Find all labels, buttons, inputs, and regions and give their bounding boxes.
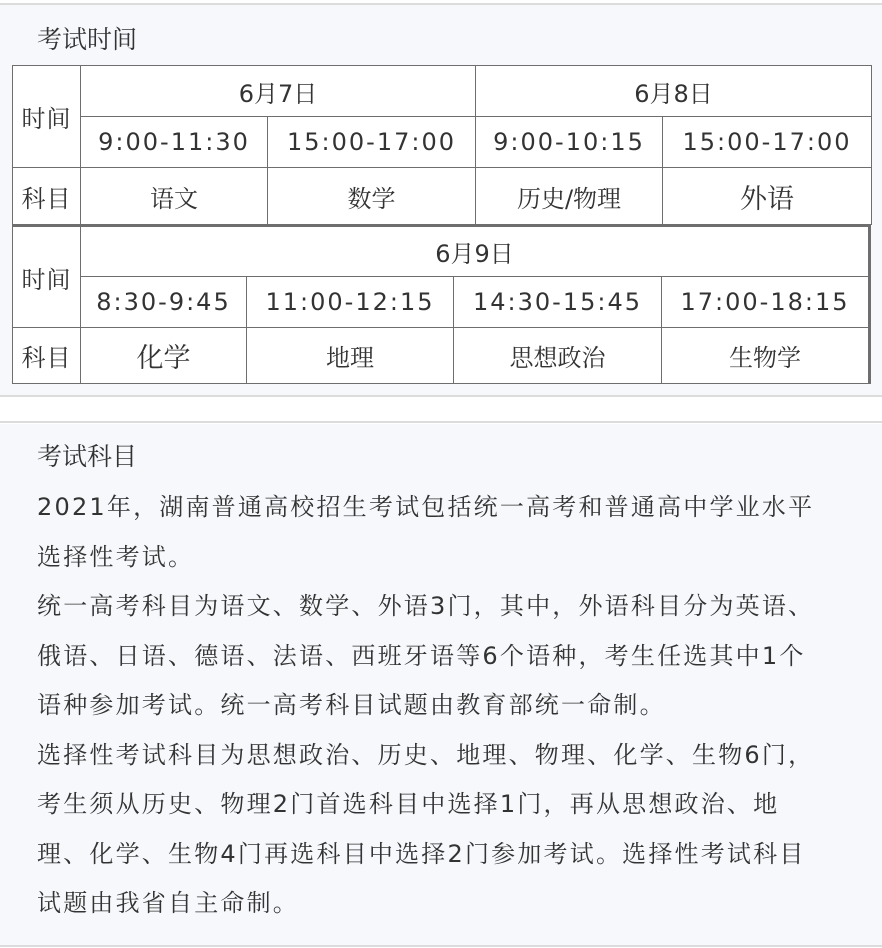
schedule-table-june-9: 时间 6月9日 8:30-9:45 11:00-12:15 14:30-15:4… bbox=[12, 224, 871, 384]
time-cell: 9:00-11:30 bbox=[81, 117, 268, 168]
exam-time-heading: 考试时间 bbox=[37, 20, 137, 56]
date-cell: 6月8日 bbox=[476, 66, 872, 117]
time-cell: 9:00-10:15 bbox=[476, 117, 663, 168]
section-divider bbox=[0, 395, 882, 397]
time-cell: 15:00-17:00 bbox=[268, 117, 476, 168]
paragraph: 统一高考科目为语文、数学、外语3门，其中，外语科目分为英语、俄语、日语、德语、法… bbox=[37, 582, 827, 731]
section-divider bbox=[0, 421, 882, 423]
time-cell: 15:00-17:00 bbox=[663, 117, 872, 168]
time-cell: 11:00-12:15 bbox=[247, 277, 454, 328]
row-label-subject: 科目 bbox=[13, 328, 81, 384]
row-label-time: 时间 bbox=[13, 66, 81, 168]
subject-cell: 化学 bbox=[81, 328, 247, 384]
paragraph: 选择性考试科目为思想政治、历史、地理、物理、化学、生物6门，考生须从历史、物理2… bbox=[37, 731, 827, 929]
subject-cell: 外语 bbox=[663, 168, 872, 225]
bottom-divider bbox=[0, 945, 882, 947]
subject-cell: 语文 bbox=[81, 168, 268, 225]
time-cell: 17:00-18:15 bbox=[662, 277, 870, 328]
date-cell: 6月9日 bbox=[81, 226, 870, 277]
paragraph: 2021年，湖南普通高校招生考试包括统一高考和普通高中学业水平选择性考试。 bbox=[37, 483, 827, 582]
subject-cell: 思想政治 bbox=[454, 328, 662, 384]
schedule-table-june-7-8: 时间 6月7日 6月8日 9:00-11:30 15:00-17:00 9:00… bbox=[12, 65, 872, 225]
subject-cell: 历史/物理 bbox=[476, 168, 663, 225]
subject-cell: 地理 bbox=[247, 328, 454, 384]
row-label-time: 时间 bbox=[13, 226, 81, 328]
time-cell: 8:30-9:45 bbox=[81, 277, 247, 328]
date-cell: 6月7日 bbox=[81, 66, 476, 117]
row-label-subject: 科目 bbox=[13, 168, 81, 225]
subject-cell: 数学 bbox=[268, 168, 476, 225]
exam-subjects-body: 2021年，湖南普通高校招生考试包括统一高考和普通高中学业水平选择性考试。 统一… bbox=[37, 483, 827, 929]
subject-cell: 生物学 bbox=[662, 328, 870, 384]
time-cell: 14:30-15:45 bbox=[454, 277, 662, 328]
exam-subjects-heading: 考试科目 bbox=[37, 437, 137, 473]
